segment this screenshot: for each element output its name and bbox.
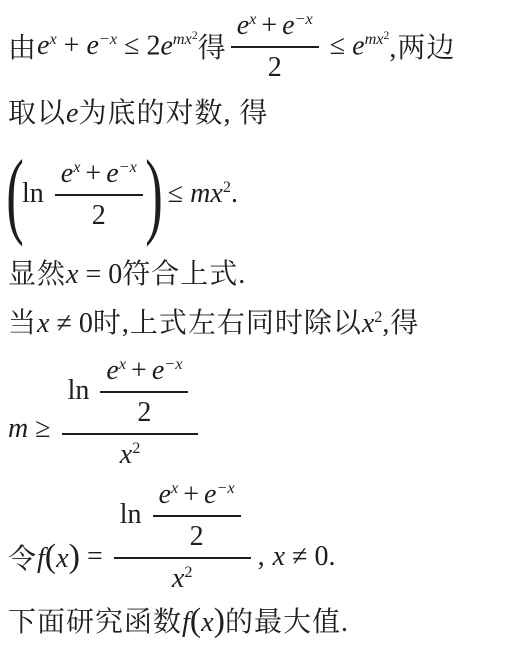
e-pow-neg-x: e−x — [204, 479, 235, 511]
superscript: mx2 — [173, 30, 198, 48]
math-variable-m: m — [8, 413, 28, 445]
chinese-text: 当 — [8, 308, 37, 339]
math-document: 由 ex + e−x ≤ 2emx2 得 ex+e−x 2 ≤ emx2 ,两边… — [8, 8, 530, 643]
plus-operator: + — [256, 10, 282, 42]
fraction-denominator: 2 — [55, 194, 143, 232]
right-paren: ) — [214, 602, 225, 639]
x-squared: x2 — [120, 439, 141, 471]
fraction-outer-denominator: x2 — [62, 433, 199, 471]
fraction-outer: ln ex+e−x 2 x2 — [62, 351, 199, 471]
formula-ln-inequality: ( ln ex+e−x 2 ) ≤ mx2 . — [8, 145, 530, 243]
chinese-text: ,得 — [382, 308, 419, 339]
period: . — [231, 178, 238, 210]
mx-squared: mx2 — [190, 178, 231, 210]
e-pow-neg-x: e−x — [282, 10, 313, 42]
period: . — [328, 541, 335, 573]
e-pow-x: ex — [159, 479, 179, 511]
fraction-denominator: 2 — [153, 515, 241, 553]
e-pow-mx2: emx2 — [352, 30, 389, 62]
superscript: −x — [99, 30, 117, 48]
chinese-text: 时,上式左右同时除以 — [93, 308, 362, 339]
fraction-numerator: ex+e−x — [100, 353, 188, 391]
f-of-x: f(x) — [37, 540, 80, 575]
equals-operator: = — [80, 541, 110, 573]
leq-operator: ≤ — [323, 30, 352, 62]
chinese-text: 得 — [198, 26, 227, 66]
superscript: x — [49, 30, 56, 48]
chinese-text: 下面研究函数 — [8, 607, 182, 638]
fraction-cosh: ex+e−x 2 — [231, 8, 319, 84]
number-zero: 0 — [79, 308, 93, 339]
chinese-text: ,两边 — [389, 26, 455, 66]
number-zero: 0 — [314, 541, 328, 573]
fraction-numerator: ex+e−x — [231, 8, 319, 46]
chinese-text: 为底的对数, 得 — [78, 98, 268, 129]
plus-operator: + — [126, 355, 152, 387]
left-paren: ( — [190, 602, 201, 639]
superscript: 2 — [223, 178, 231, 196]
formula-f-definition: 令 f(x) = ln ex+e−x 2 x2 , x ≠ 0 . — [8, 475, 530, 595]
ln-operator: ln — [120, 499, 142, 531]
left-paren: ( — [45, 538, 56, 575]
fraction-cosh: ex+e−x 2 — [153, 477, 241, 553]
right-paren: ) — [69, 538, 80, 575]
chinese-text: 的最大值. — [225, 607, 349, 638]
fraction-outer-numerator: ln ex+e−x 2 — [114, 475, 251, 557]
x-squared: x2 — [362, 304, 383, 343]
equals-operator: = — [78, 259, 108, 290]
math-variable-e: e — [66, 98, 78, 129]
neq-operator: ≠ — [49, 308, 78, 339]
x-squared: x2 — [172, 563, 193, 595]
e-pow-neg-x: e−x — [152, 355, 183, 387]
fraction-denominator: 2 — [100, 391, 188, 429]
e-pow-x: ex — [237, 10, 257, 42]
statement-line-hypothesis: 由 ex + e−x ≤ 2emx2 得 ex+e−x 2 ≤ emx2 ,两边 — [8, 8, 530, 84]
formula-m-lower-bound: m ≥ ln ex+e−x 2 x2 — [8, 351, 530, 471]
fraction-numerator: ex+e−x — [153, 477, 241, 515]
chinese-text: 取以 — [8, 98, 66, 129]
math-variable-x: x — [66, 259, 78, 290]
fraction-outer-numerator: ln ex+e−x 2 — [62, 351, 199, 433]
leq-operator: ≤ — [161, 178, 190, 210]
fraction-cosh: ex+e−x 2 — [100, 353, 188, 429]
number-zero: 0 — [108, 259, 122, 290]
superscript: mx2 — [365, 30, 390, 48]
math-variable-x: x — [273, 541, 285, 573]
e-pow-x: ex — [37, 30, 57, 62]
geq-operator: ≥ — [28, 413, 57, 445]
e-pow-neg-x: e−x — [86, 30, 117, 62]
chinese-text: 显然 — [8, 259, 66, 290]
fraction-denominator: 2 — [231, 46, 319, 84]
chinese-text: 由 — [8, 26, 37, 66]
two-e-pow-mx2: 2emx2 — [146, 30, 197, 62]
closing-text-line: 下面研究函数f(x)的最大值. — [8, 603, 530, 642]
ln-operator: ln — [22, 178, 44, 210]
e-pow-x: ex — [61, 158, 81, 190]
e-pow-x: ex — [106, 355, 126, 387]
fraction-numerator: ex+e−x — [55, 156, 143, 194]
leq-operator: ≤ — [117, 30, 146, 62]
fraction-outer: ln ex+e−x 2 x2 — [114, 475, 251, 595]
chinese-text: 令 — [8, 537, 37, 577]
left-paren-big: ( — [6, 145, 24, 243]
fraction-cosh: ex+e−x 2 — [55, 156, 143, 232]
right-paren-big: ) — [145, 145, 163, 243]
ln-operator: ln — [68, 375, 90, 407]
f-of-x: f(x) — [182, 603, 225, 642]
e-pow-neg-x: e−x — [106, 158, 137, 190]
statement-line-x-equals-0: 显然x=0符合上式. — [8, 255, 530, 294]
statement-line-x-neq-0: 当x≠0时,上式左右同时除以x2,得 — [8, 304, 530, 343]
fraction-outer-denominator: x2 — [114, 557, 251, 595]
neq-operator: ≠ — [285, 541, 314, 573]
plus-operator: + — [178, 479, 204, 511]
math-variable-x: x — [37, 308, 49, 339]
plus-operator: + — [57, 30, 87, 62]
plus-operator: + — [80, 158, 106, 190]
statement-line-take-log: 取以e为底的对数, 得 — [8, 94, 530, 133]
chinese-text: 符合上式. — [122, 259, 246, 290]
comma: , — [258, 541, 265, 573]
